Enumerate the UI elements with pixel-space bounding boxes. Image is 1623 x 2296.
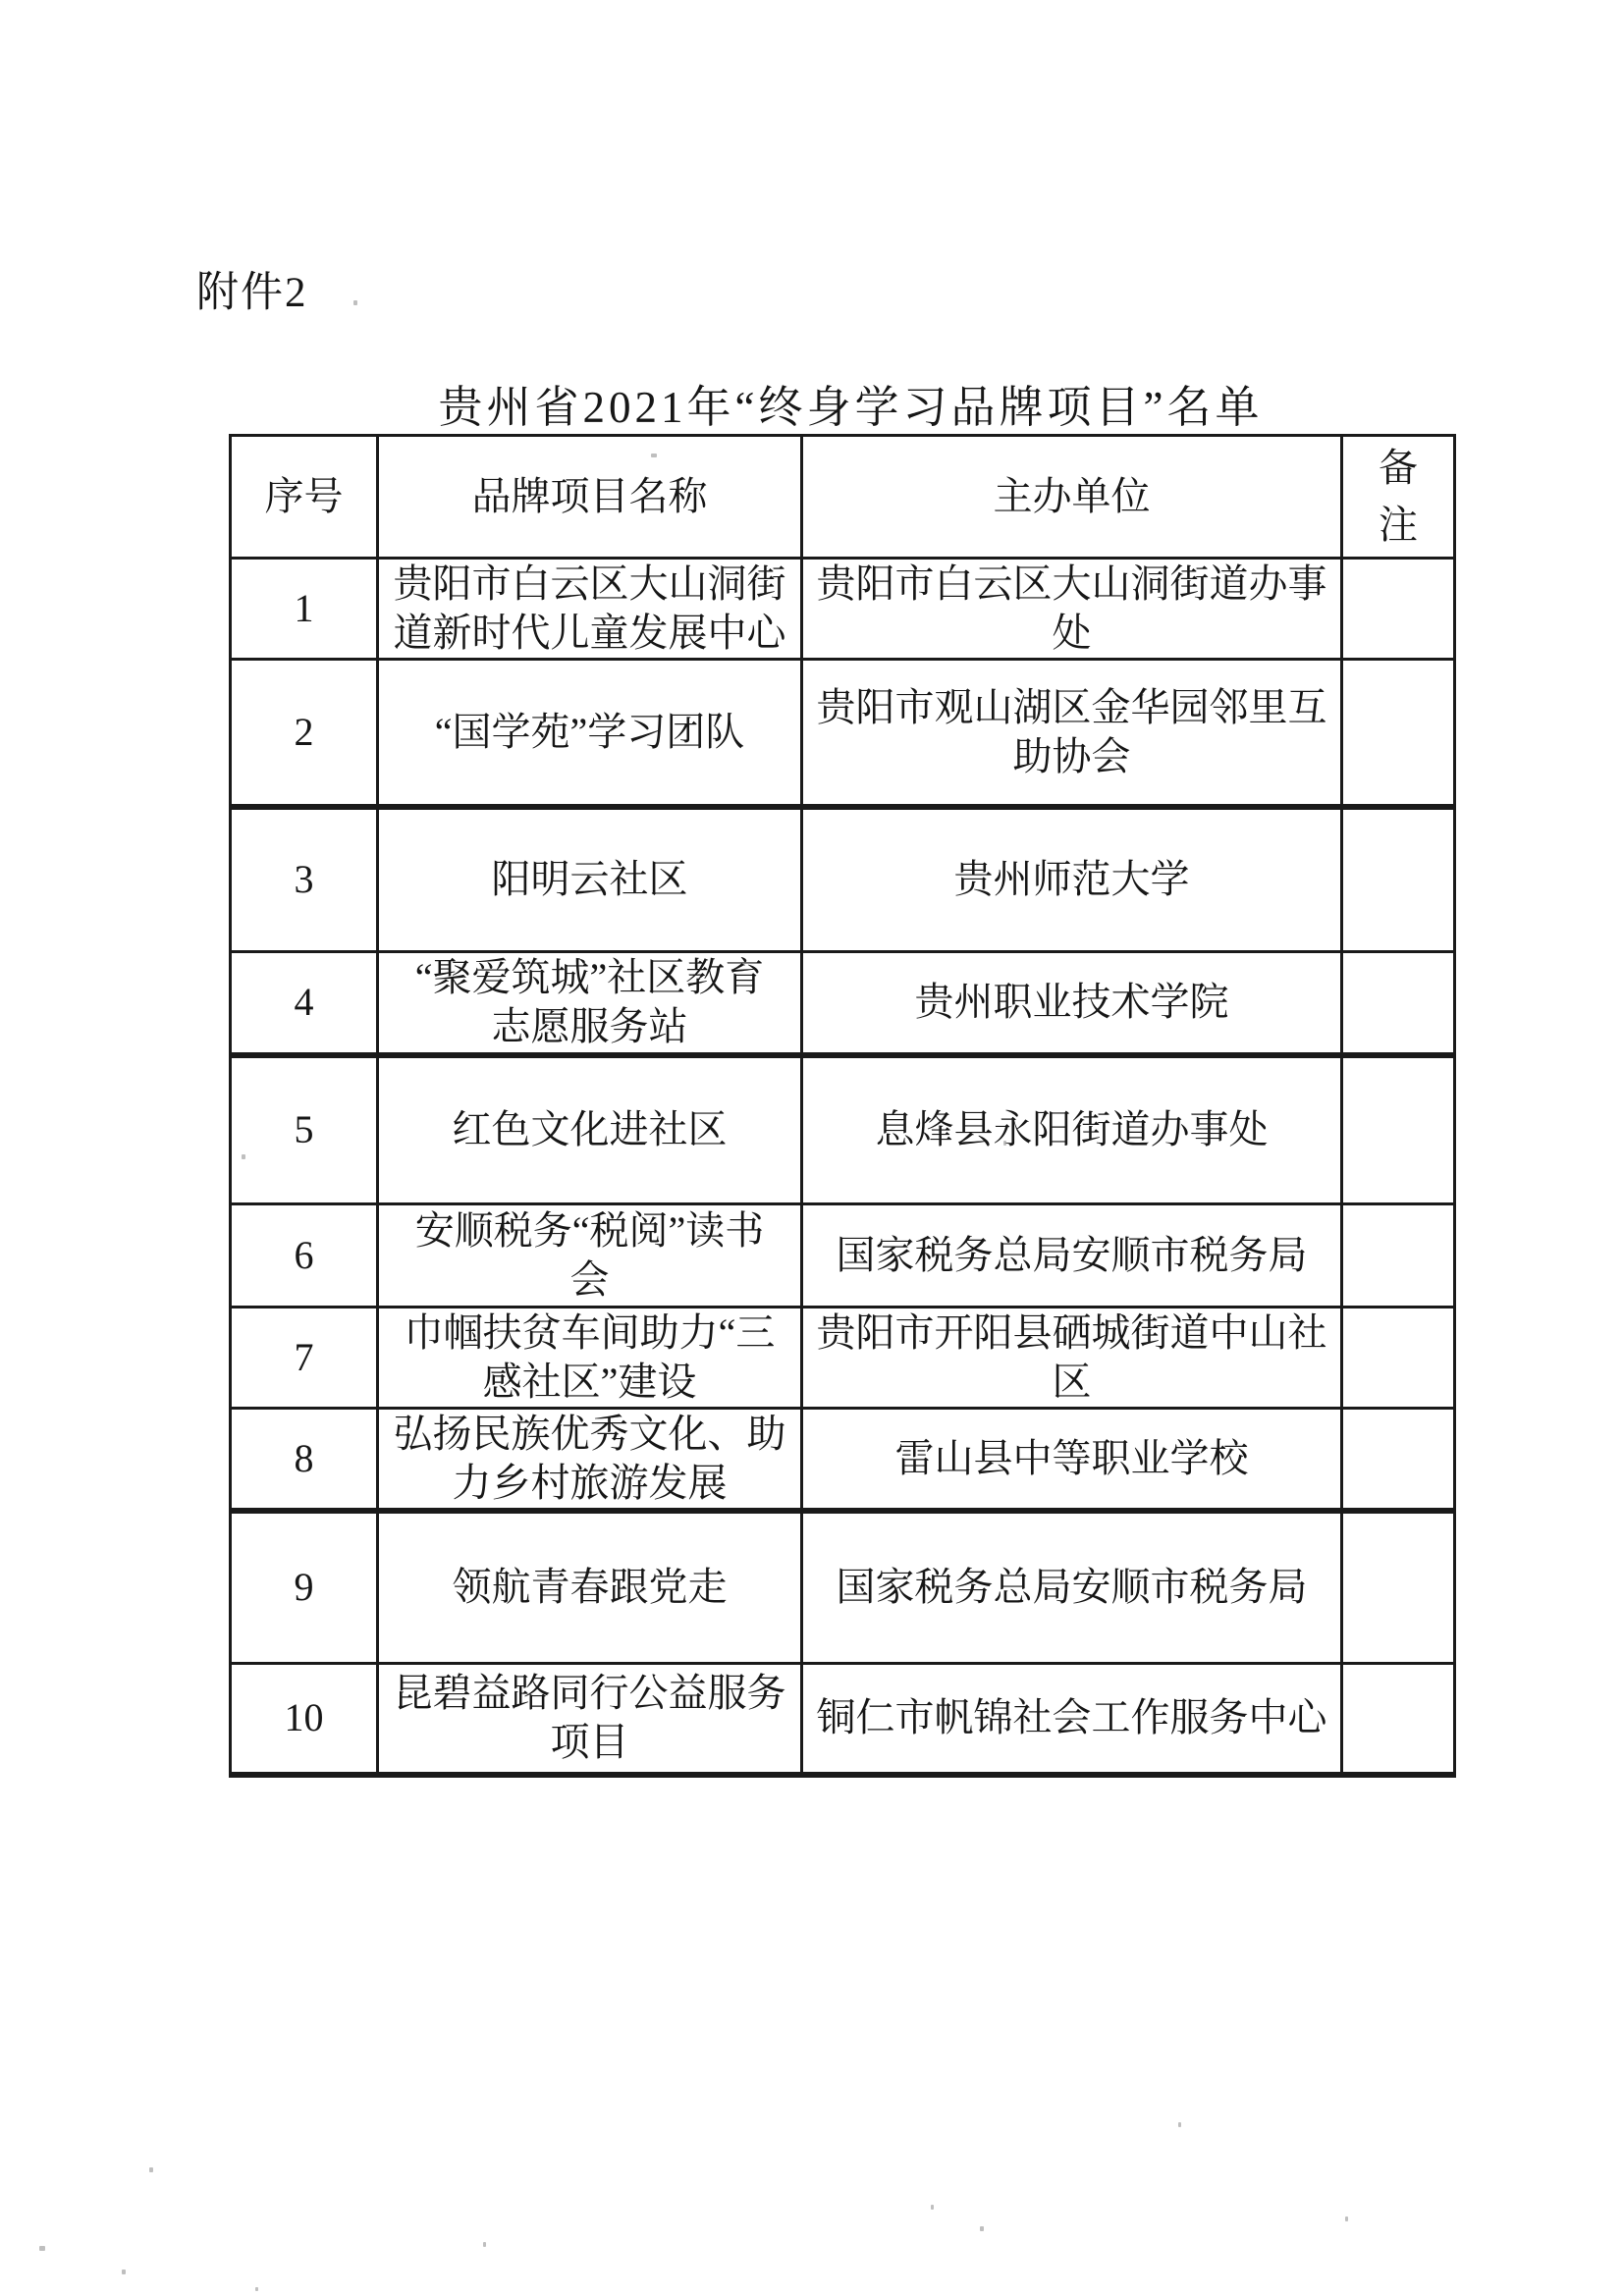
cell-project-name: 昆碧益路同行公益服务 项目 [378,1663,802,1775]
cell-project-name: “聚爱筑城”社区教育 志愿服务站 [378,952,802,1055]
table-row: 1 贵阳市白云区大山洞街 道新时代儿童发展中心 贵阳市白云区大山洞街道办事 处 [231,559,1455,660]
cell-project-name: 红色文化进社区 [378,1055,802,1204]
cell-index: 10 [231,1663,378,1775]
cell-organizer: 国家税务总局安顺市税务局 [802,1511,1342,1663]
table-header-row: 序号 品牌项目名称 主办单位 备注 [231,436,1455,559]
cell-index: 7 [231,1308,378,1409]
scan-noise-speck [483,2242,486,2247]
cell-project-name: 安顺税务“税阅”读书 会 [378,1204,802,1308]
table-row: 10 昆碧益路同行公益服务 项目 铜仁市帆锦社会工作服务中心 [231,1663,1455,1775]
scan-noise-speck [39,2246,45,2251]
cell-project-name: 弘扬民族优秀文化、助 力乡村旅游发展 [378,1409,802,1512]
scan-noise-speck [122,2269,126,2274]
scan-noise-speck [255,2287,258,2291]
cell-remarks [1342,1663,1455,1775]
cell-organizer: 贵州职业技术学院 [802,952,1342,1055]
document-page: 附件2 贵州省2021年“终身学习品牌项目”名单 序号 品牌项目名称 主办单位 … [0,0,1623,2296]
cell-organizer: 息烽县永阳街道办事处 [802,1055,1342,1204]
cell-organizer: 贵阳市开阳县硒城街道中山社 区 [802,1308,1342,1409]
cell-index: 9 [231,1511,378,1663]
table-row: 7 巾帼扶贫车间助力“三 感社区”建设 贵阳市开阳县硒城街道中山社 区 [231,1308,1455,1409]
header-index: 序号 [231,436,378,559]
table-row: 2 “国学苑”学习团队 贵阳市观山湖区金华园邻里互 助协会 [231,660,1455,807]
table-row: 5 红色文化进社区 息烽县永阳街道办事处 [231,1055,1455,1204]
cell-remarks [1342,559,1455,660]
attachment-label: 附件2 [196,259,308,319]
cell-organizer: 贵阳市观山湖区金华园邻里互 助协会 [802,660,1342,807]
cell-index: 8 [231,1409,378,1512]
cell-remarks [1342,952,1455,1055]
header-organizer: 主办单位 [802,436,1342,559]
scan-noise-speck [980,2226,984,2231]
header-remarks-label: 备注 [1376,440,1421,554]
cell-project-name: 贵阳市白云区大山洞街 道新时代儿童发展中心 [378,559,802,660]
scan-noise-speck [353,300,357,305]
table-row: 9 领航青春跟党走 国家税务总局安顺市税务局 [231,1511,1455,1663]
header-project-name: 品牌项目名称 [378,436,802,559]
scan-noise-speck [651,454,657,457]
cell-organizer: 贵阳市白云区大山洞街道办事 处 [802,559,1342,660]
scan-noise-speck [1345,2216,1348,2221]
cell-organizer: 铜仁市帆锦社会工作服务中心 [802,1663,1342,1775]
projects-table: 序号 品牌项目名称 主办单位 备注 1 贵阳市白云区大山洞街 道新时代儿童发展中… [229,434,1456,1778]
scan-noise-speck [1003,1141,1006,1146]
scan-noise-speck [242,1154,245,1159]
cell-index: 2 [231,660,378,807]
cell-index: 1 [231,559,378,660]
cell-project-name: 领航青春跟党走 [378,1511,802,1663]
table-row: 6 安顺税务“税阅”读书 会 国家税务总局安顺市税务局 [231,1204,1455,1308]
cell-index: 6 [231,1204,378,1308]
cell-remarks [1342,1511,1455,1663]
cell-remarks [1342,1308,1455,1409]
cell-project-name: 阳明云社区 [378,807,802,952]
cell-remarks [1342,1055,1455,1204]
cell-project-name: 巾帼扶贫车间助力“三 感社区”建设 [378,1308,802,1409]
scan-noise-speck [931,2205,934,2210]
cell-index: 5 [231,1055,378,1204]
table-row: 3 阳明云社区 贵州师范大学 [231,807,1455,952]
cell-index: 4 [231,952,378,1055]
scan-noise-speck [149,2167,153,2172]
cell-organizer: 贵州师范大学 [802,807,1342,952]
cell-project-name: “国学苑”学习团队 [378,660,802,807]
cell-organizer: 国家税务总局安顺市税务局 [802,1204,1342,1308]
cell-remarks [1342,1204,1455,1308]
cell-remarks [1342,660,1455,807]
header-remarks: 备注 [1342,436,1455,559]
scan-noise-speck [1178,2122,1181,2127]
page-title: 贵州省2021年“终身学习品牌项目”名单 [229,371,1453,435]
table-row: 4 “聚爱筑城”社区教育 志愿服务站 贵州职业技术学院 [231,952,1455,1055]
cell-organizer: 雷山县中等职业学校 [802,1409,1342,1512]
cell-index: 3 [231,807,378,952]
table-row: 8 弘扬民族优秀文化、助 力乡村旅游发展 雷山县中等职业学校 [231,1409,1455,1512]
cell-remarks [1342,1409,1455,1512]
cell-remarks [1342,807,1455,952]
